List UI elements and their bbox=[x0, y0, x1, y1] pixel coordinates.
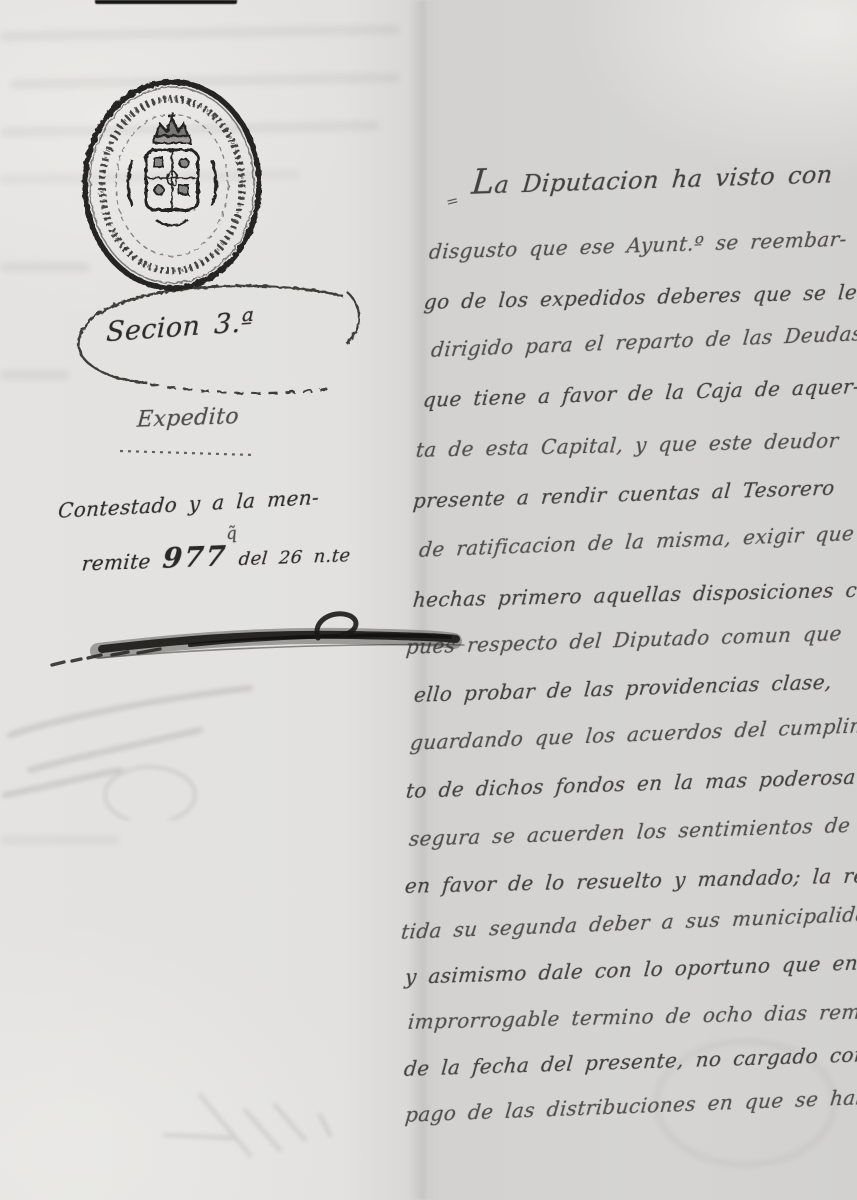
manuscript-line: presente a rendir cuentas al Tesorero bbox=[412, 476, 836, 513]
paragraph-lead-mark: = bbox=[444, 191, 461, 212]
manuscript-line: dirigido para el reparto de las Deudas bbox=[430, 321, 857, 362]
bleedthrough-line bbox=[0, 25, 400, 42]
ink-smear-strikeout bbox=[40, 585, 470, 685]
manuscript-line: pues respecto del Diputado comun que bbox=[405, 621, 843, 659]
bleedthrough-scrawl bbox=[140, 1080, 340, 1190]
manuscript-line: guardando que los acuerdos del cumplimie… bbox=[409, 712, 857, 755]
scan-edge-sliver bbox=[95, 0, 237, 4]
note2-number: 977 bbox=[161, 540, 228, 575]
note2-prefix: remite bbox=[81, 549, 152, 575]
manuscript-line: go de los expedidos deberes que se le ha… bbox=[423, 279, 857, 314]
manuscript-line: que tiene a favor de la Caja de aquer- bbox=[422, 374, 857, 412]
manuscript-line: de ratificacion de la misma, exigir que bbox=[418, 521, 856, 562]
manuscript-line: improrrogable termino de ocho dias remit… bbox=[407, 997, 857, 1034]
manuscript-line: ta de esta Capital, y que este deudor bbox=[415, 428, 840, 462]
manuscript-line: disgusto que ese Ayunt.º se reembar- bbox=[428, 227, 848, 264]
manuscript-line: to de dichos fondos en la mas poderosa bbox=[405, 765, 857, 803]
expediente-underline bbox=[118, 448, 258, 458]
manuscript-line: La Diputacion ha visto con bbox=[470, 152, 835, 203]
manuscript-line: tida su segunda deber a sus municipalida… bbox=[400, 899, 857, 944]
bleedthrough-line bbox=[0, 835, 120, 845]
section-oval-flourish bbox=[55, 282, 365, 422]
oval-crest-stamp-seal-icon bbox=[72, 72, 272, 302]
manuscript-line: hechas primero aquellas disposiciones co… bbox=[412, 577, 857, 612]
manuscript-line: en favor de lo resuelto y mandado; la re… bbox=[404, 863, 857, 898]
manuscript-line: ello probar de las providencias clase, bbox=[413, 670, 833, 707]
manuscript-page: Secion 3.ª Expedito Contestado y a la me… bbox=[0, 0, 857, 1200]
margin-note-line1: Contestado y a la men- bbox=[57, 485, 320, 523]
margin-note-line2: remite 977 del 26 n.te bbox=[81, 535, 353, 578]
manuscript-line: y asimismo dale con lo oportuno que en t… bbox=[404, 947, 857, 989]
expediente-label: Expedito bbox=[136, 404, 240, 433]
manuscript-line: segura se acuerden los sentimientos de e… bbox=[408, 809, 857, 851]
note2-suffix: del 26 n.te bbox=[238, 545, 352, 570]
